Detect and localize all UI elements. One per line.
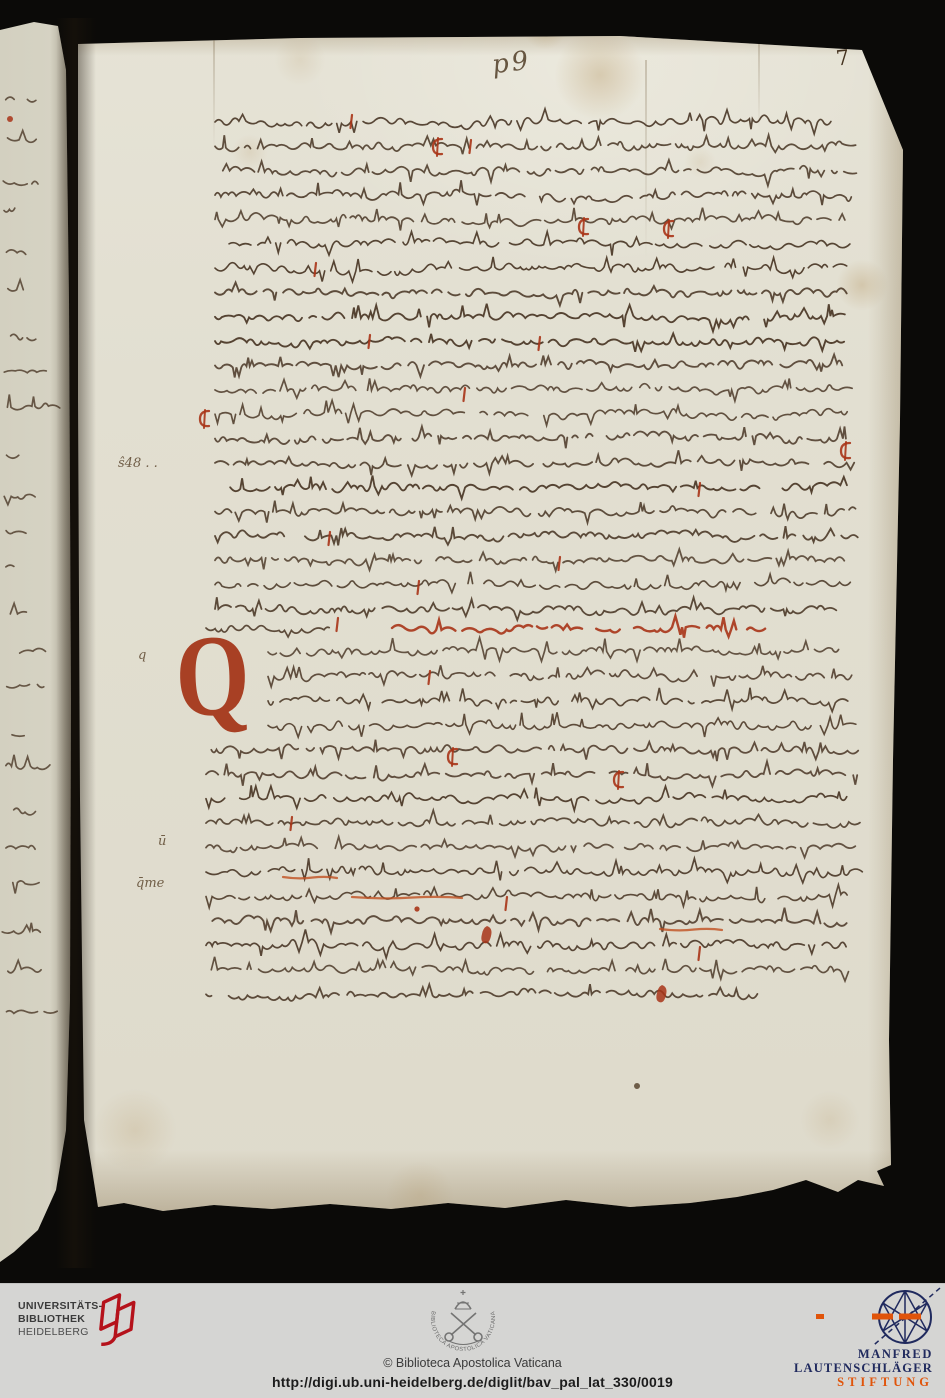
text-line xyxy=(215,450,854,475)
text-line xyxy=(215,501,856,523)
text-line xyxy=(215,208,845,231)
red-tick xyxy=(699,947,701,960)
text-line xyxy=(215,378,859,401)
red-tick xyxy=(291,817,293,830)
marginal-note: q̄me xyxy=(136,876,164,891)
fragment-line xyxy=(8,131,37,143)
fragment-line xyxy=(6,755,50,770)
fragment-line xyxy=(11,334,36,340)
fragment-line xyxy=(6,846,35,850)
text-line xyxy=(268,638,843,662)
quire-mark: p9 xyxy=(490,46,533,81)
text-line xyxy=(206,885,847,908)
ub-line2: BIBLIOTHEK xyxy=(18,1313,102,1326)
text-line xyxy=(215,304,845,332)
folio-number: 7 xyxy=(835,45,851,70)
text-line xyxy=(206,984,757,1001)
fragment-line xyxy=(4,208,15,212)
text-line xyxy=(212,908,846,933)
red-tick xyxy=(315,263,317,276)
marginal-note: ū xyxy=(158,834,166,849)
scan-viewport: p9 7 Q ŝ48 . .qūq̄me UNIVERSITÄTS- BIBLI… xyxy=(0,0,945,1398)
fragment-line xyxy=(13,881,39,894)
ml-line2: LAUTENSCHLÄGER xyxy=(794,1361,933,1376)
fragment-line xyxy=(14,808,36,815)
marginal-note: ŝ48 . . xyxy=(118,456,158,471)
text-line xyxy=(206,785,847,810)
rubric-line xyxy=(634,616,765,638)
text-line xyxy=(211,740,858,761)
text-line xyxy=(215,572,850,593)
text-line xyxy=(215,526,858,545)
fragment-line xyxy=(2,923,40,934)
red-underline xyxy=(660,929,722,931)
fragment-line xyxy=(7,455,27,458)
text-line xyxy=(215,135,856,154)
text-line xyxy=(215,257,847,282)
text-line xyxy=(206,810,860,828)
gutter-shadow xyxy=(56,18,96,1268)
red-paraph xyxy=(204,410,205,428)
text-line xyxy=(215,549,844,571)
red-tick xyxy=(418,581,420,594)
text-line xyxy=(215,597,836,620)
red-tick xyxy=(506,897,508,910)
source-url: http://digi.ub.uni-heidelberg.de/diglit/… xyxy=(0,1374,945,1390)
red-tick xyxy=(559,557,561,570)
text-line xyxy=(223,160,857,186)
text-line xyxy=(215,109,850,134)
red-tick xyxy=(329,532,331,545)
ub-line3: HEIDELBERG xyxy=(18,1326,102,1339)
red-tick xyxy=(699,483,701,496)
text-line xyxy=(215,334,844,352)
text-line xyxy=(229,232,850,256)
red-paraph xyxy=(668,220,669,238)
fragment-line xyxy=(3,181,45,185)
seal-arc-text: BIBLIOTECA APOSTOLICA VATICANA xyxy=(429,1310,497,1353)
text-line xyxy=(268,665,852,687)
fragment-red-dot xyxy=(7,116,13,122)
fragment-line xyxy=(20,648,46,653)
text-line xyxy=(268,712,856,737)
fragment-line xyxy=(12,735,24,736)
rubric-line xyxy=(392,620,620,634)
ml-line1: MANFRED xyxy=(858,1347,933,1362)
red-dot xyxy=(414,906,419,911)
ml-stiftung-logo-icon xyxy=(780,1284,945,1351)
ub-heidelberg-books-icon xyxy=(92,1290,146,1353)
text-line xyxy=(215,400,847,425)
vatican-library-seal: BIBLIOTECA APOSTOLICA VATICANA xyxy=(424,1287,502,1366)
fragment-line xyxy=(7,685,44,688)
red-tick xyxy=(351,115,353,128)
red-underline xyxy=(352,897,462,899)
manuscript-page: p9 7 Q ŝ48 . .qūq̄me xyxy=(0,0,945,1283)
text-line xyxy=(230,476,854,499)
svg-text:BIBLIOTECA APOSTOLICA VATICANA: BIBLIOTECA APOSTOLICA VATICANA xyxy=(429,1310,497,1353)
red-paraph xyxy=(618,771,619,789)
ink-blot xyxy=(634,1083,640,1089)
red-tick xyxy=(464,388,466,401)
text-line xyxy=(268,688,848,712)
red-tick xyxy=(337,618,339,631)
red-tick xyxy=(539,337,541,350)
red-blotch xyxy=(656,985,666,1002)
footer-bar: UNIVERSITÄTS- BIBLIOTHEK HEIDELBERG xyxy=(0,1283,945,1398)
text-line xyxy=(215,427,846,449)
red-paraph xyxy=(437,138,438,156)
text-line xyxy=(215,283,847,306)
fragment-line xyxy=(8,280,24,291)
ml-line3: STIFTUNG xyxy=(837,1375,933,1390)
red-blotch xyxy=(481,926,491,943)
text-line xyxy=(206,930,846,958)
fragment-line xyxy=(10,603,26,614)
red-tick xyxy=(429,671,431,684)
text-line xyxy=(206,761,857,786)
marginal-note: q xyxy=(138,648,146,663)
red-paraph xyxy=(583,218,584,236)
fragment-line xyxy=(6,97,36,102)
text-line xyxy=(206,837,855,858)
fragment-line xyxy=(6,531,26,534)
text-line xyxy=(215,355,847,378)
red-tick xyxy=(369,335,371,348)
fragment-line xyxy=(6,250,25,255)
red-paraph xyxy=(452,748,453,766)
fragment-line xyxy=(8,960,45,972)
handwriting-layer xyxy=(0,0,945,1283)
text-line xyxy=(215,180,851,205)
ub-line1: UNIVERSITÄTS- xyxy=(18,1300,102,1313)
text-line xyxy=(211,957,848,981)
red-paraph xyxy=(845,442,846,460)
rubricated-initial: Q xyxy=(174,623,251,730)
fragment-line xyxy=(4,370,46,373)
red-tick xyxy=(470,140,472,153)
fragment-line xyxy=(4,494,35,504)
ub-heidelberg-wordmark: UNIVERSITÄTS- BIBLIOTHEK HEIDELBERG xyxy=(18,1300,102,1339)
fragment-line xyxy=(6,565,18,567)
